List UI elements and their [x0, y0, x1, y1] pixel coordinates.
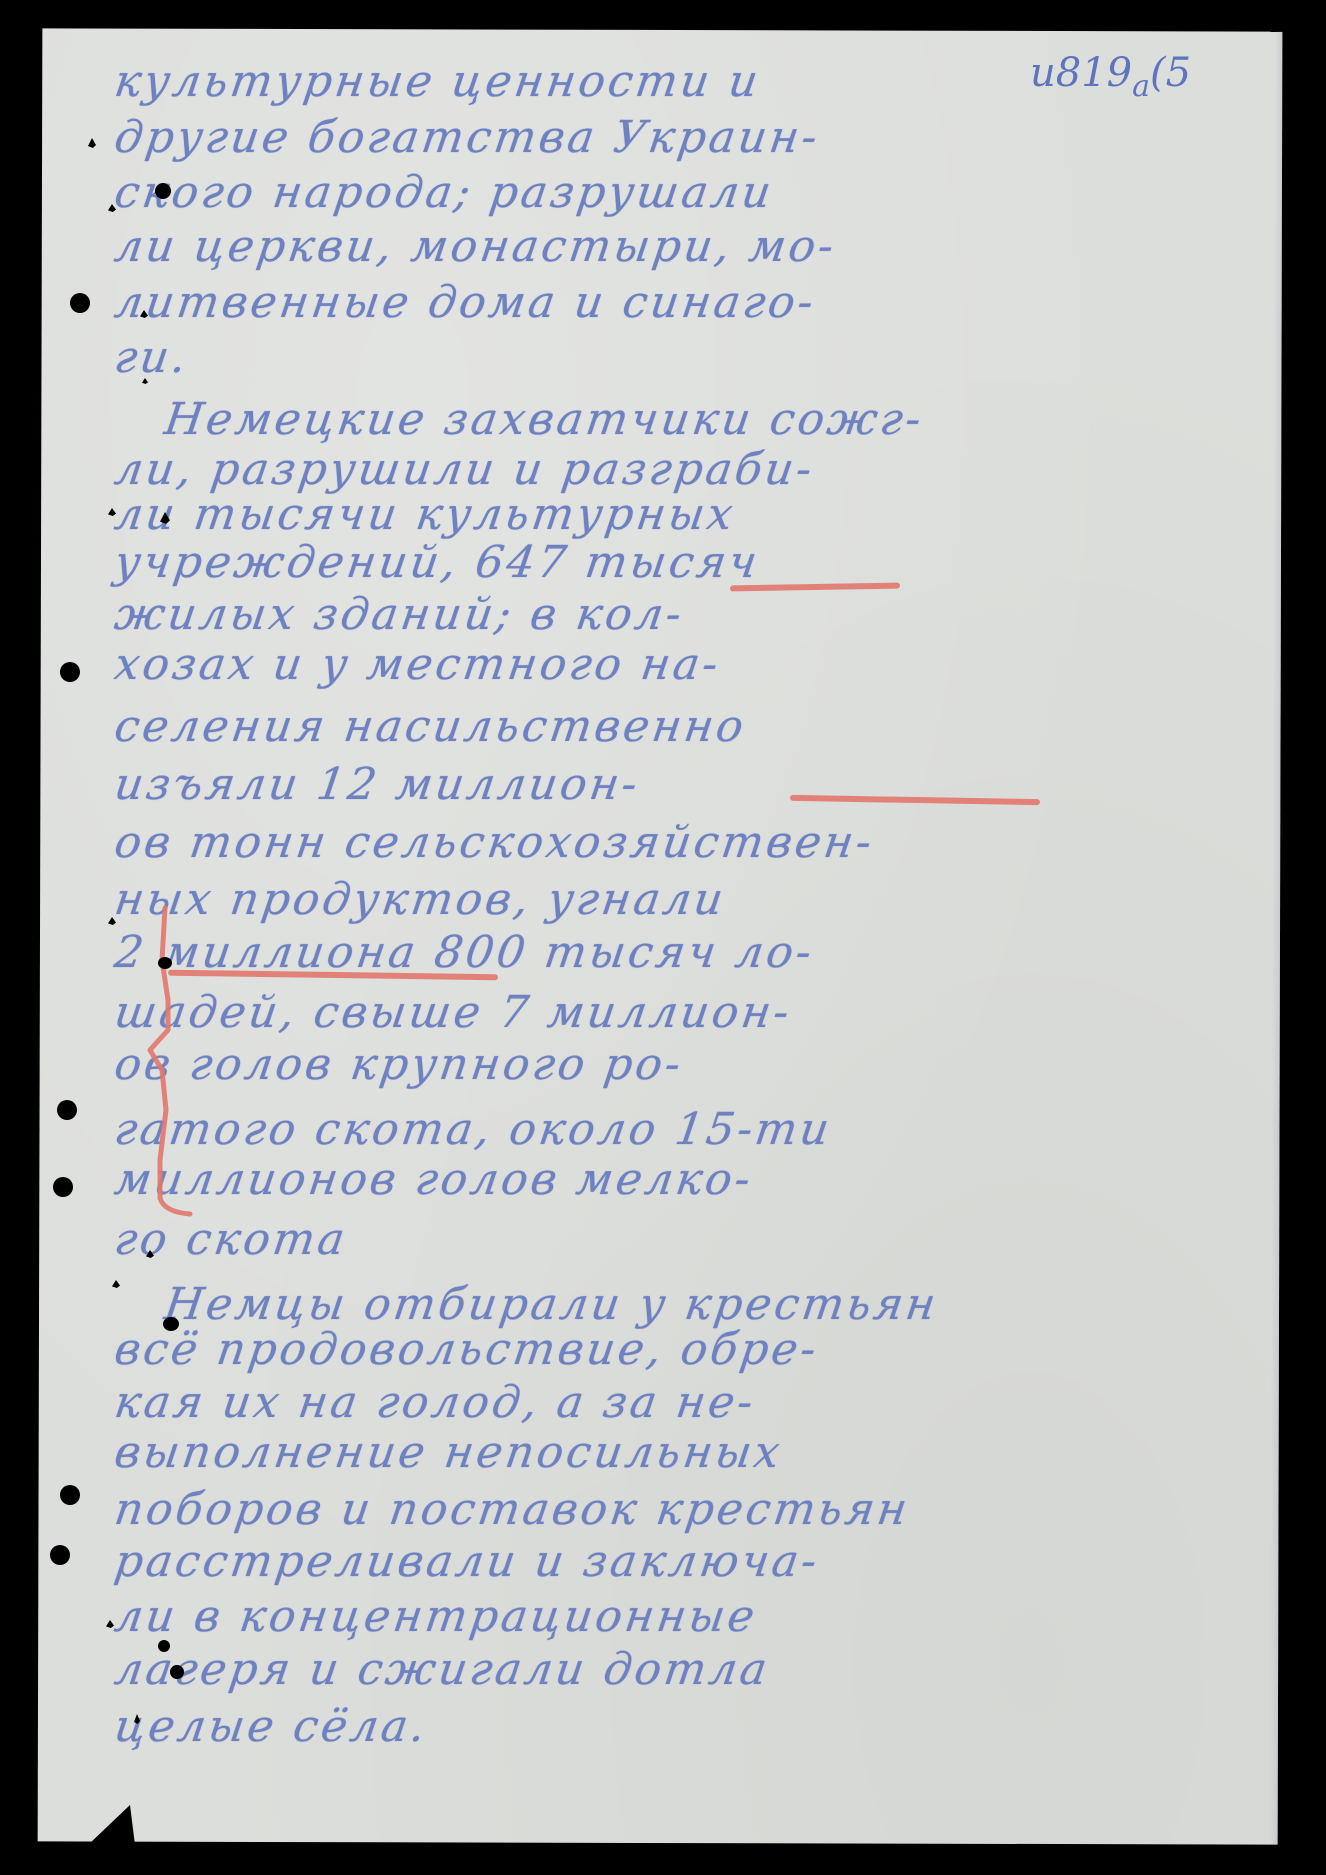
torn-corner	[0, 0, 1326, 1875]
